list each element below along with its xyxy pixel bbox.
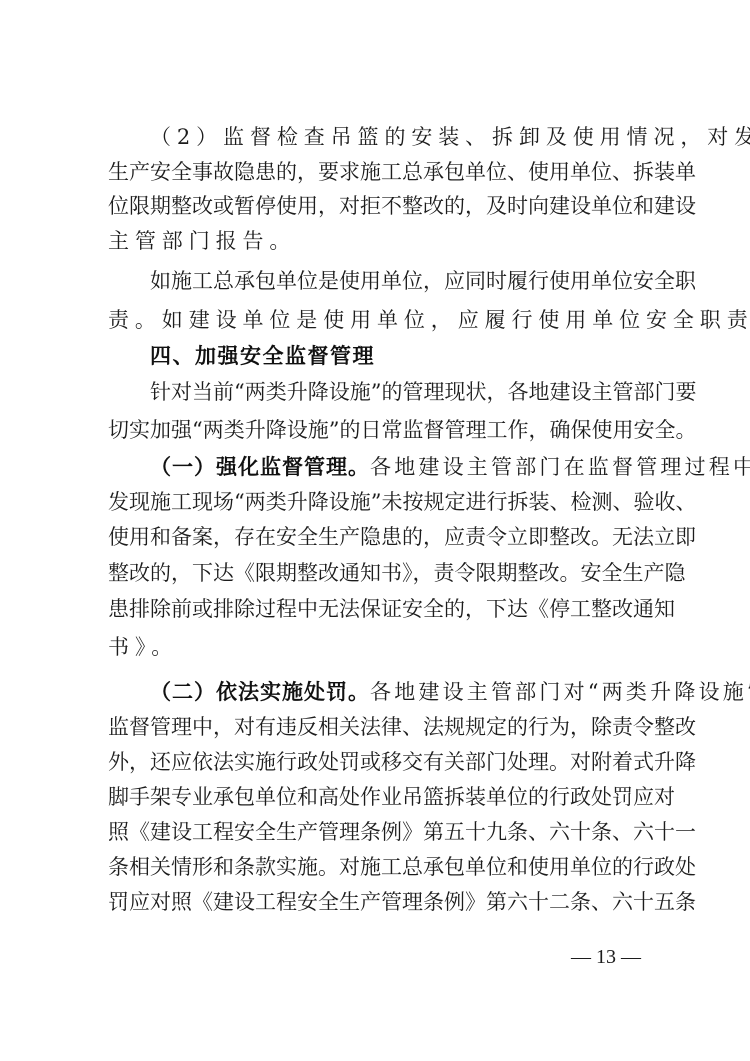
subsection-title: （一）强化监督管理。 [150, 455, 370, 479]
paragraph-line: 外，还应依法实施行政处罚或移交有关部门处理。对附着式升降 [108, 747, 652, 777]
paragraph-line: 监督管理中，对有违反相关法律、法规规定的行为，除责令整改 [108, 712, 652, 742]
paragraph-line: 罚应对照《建设工程安全生产管理条例》第六十二条、六十五条 [108, 887, 652, 917]
paragraph-line: 位限期整改或暂停使用，对拒不整改的，及时向建设单位和建设 [108, 191, 652, 221]
subsection-text: 各地建设主管部门对“两类升降设施” [370, 680, 750, 704]
paragraph-line: 主管部门报告。 [108, 226, 652, 256]
paragraph-line: 切实加强“两类升降设施”的日常监督管理工作，确保使用安全。 [108, 415, 652, 445]
subsection-title: （二）依法实施处罚。 [150, 680, 370, 704]
paragraph-line: 书》。 [108, 632, 652, 662]
paragraph-line: 脚手架专业承包单位和高处作业吊篮拆装单位的行政处罚应对 [108, 782, 652, 812]
paragraph-line: 如施工总承包单位是使用单位，应同时履行使用单位安全职 [150, 266, 652, 296]
paragraph-line: 责。如建设单位是使用单位，应履行使用单位安全职责。 [108, 305, 652, 335]
paragraph-line: 患排除前或排除过程中无法保证安全的，下达《停工整改通知 [108, 594, 652, 624]
paragraph-line: 使用和备案，存在安全生产隐患的，应责令立即整改。无法立即 [108, 522, 652, 552]
paragraph-line: 针对当前“两类升降设施”的管理现状，各地建设主管部门要 [150, 377, 652, 407]
paragraph-line: 条相关情形和条款实施。对施工总承包单位和使用单位的行政处 [108, 852, 652, 882]
subsection-text: 各地建设主管部门在监督管理过程中， [370, 455, 750, 479]
paragraph-line: （2）监督检查吊篮的安装、拆卸及使用情况，对发现存在 [150, 122, 652, 152]
paragraph-line: 照《建设工程安全生产管理条例》第五十九条、六十条、六十一 [108, 817, 652, 847]
subsection-line: （二）依法实施处罚。各地建设主管部门对“两类升降设施” [150, 677, 652, 707]
document-page: （2）监督检查吊篮的安装、拆卸及使用情况，对发现存在 生产安全事故隐患的，要求施… [0, 0, 750, 1061]
subsection-line: （一）强化监督管理。各地建设主管部门在监督管理过程中， [150, 452, 652, 482]
paragraph-line: 整改的，下达《限期整改通知书》，责令限期整改。安全生产隐 [108, 558, 652, 588]
section-heading: 四、加强安全监督管理 [150, 341, 652, 371]
page-number: — 13 — [566, 944, 646, 970]
paragraph-line: 发现施工现场“两类升降设施”未按规定进行拆装、检测、验收、 [108, 487, 652, 517]
paragraph-line: 生产安全事故隐患的，要求施工总承包单位、使用单位、拆装单 [108, 157, 652, 187]
